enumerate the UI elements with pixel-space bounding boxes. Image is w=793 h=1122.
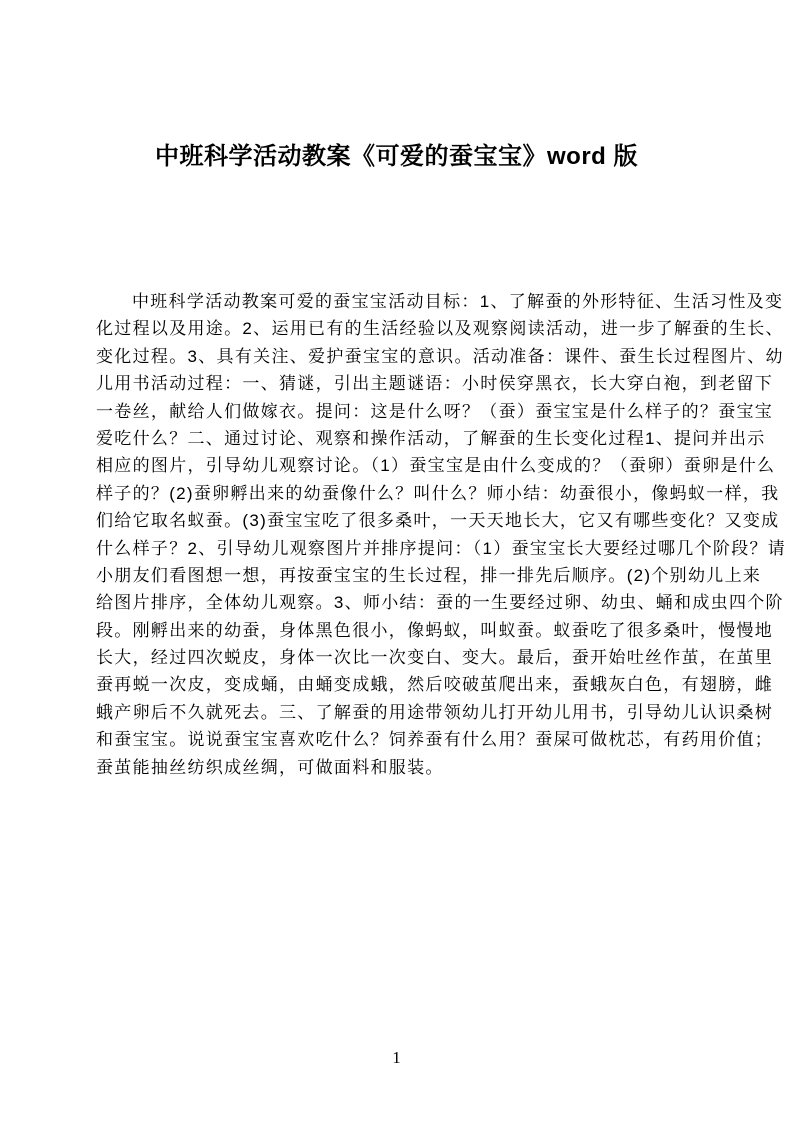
paragraph-line: 化过程以及用途。2、运用已有的生活经验以及观察阅读活动，进一步了解蚕的生长、 [96, 315, 793, 342]
paragraph-line: 小朋友们看图想一想，再按蚕宝宝的生长过程，排一排先后顺序。(2)个别幼儿上来 [96, 562, 793, 589]
paragraph-line: 和蚕宝宝。说说蚕宝宝喜欢吃什么？饲养蚕有什么用？蚕屎可做枕芯，有药用价值； [96, 726, 793, 753]
page-number: 1 [0, 1048, 793, 1068]
paragraph-line: 蚕茧能抽丝纺织成丝绸，可做面料和服装。 [96, 754, 793, 781]
paragraph-line: 长大，经过四次蜕皮，身体一次比一次变白、变大。最后，蚕开始吐丝作茧，在茧里 [96, 644, 793, 671]
paragraph-line: 蚕再蜕一次皮，变成蛹，由蛹变成蛾，然后咬破茧爬出来，蚕蛾灰白色，有翅膀，雌 [96, 671, 793, 698]
paragraph-line: 们给它取名蚁蚕。(3)蚕宝宝吃了很多桑叶，一天天地长大，它又有哪些变化？又变成 [96, 507, 793, 534]
paragraph-line: 相应的图片，引导幼儿观察讨论。（1）蚕宝宝是由什么变成的？（蚕卵）蚕卵是什么 [96, 452, 793, 479]
paragraph-line: 给图片排序，全体幼儿观察。3、师小结：蚕的一生要经过卵、幼虫、蛹和成虫四个阶 [96, 589, 793, 616]
paragraph-line: 样子的？(2)蚕卵孵出来的幼蚕像什么？叫什么？师小结：幼蚕很小，像蚂蚁一样，我 [96, 480, 793, 507]
paragraph-line: 中班科学活动教案可爱的蚕宝宝活动目标：1、了解蚕的外形特征、生活习性及变 [96, 288, 793, 315]
paragraph-line: 一卷丝，献给人们做嫁衣。提问：这是什么呀？（蚕）蚕宝宝是什么样子的？蚕宝宝 [96, 398, 793, 425]
paragraph-line: 段。刚孵出来的幼蚕，身体黑色很小，像蚂蚁，叫蚁蚕。蚁蚕吃了很多桑叶，慢慢地 [96, 617, 793, 644]
document-page: 中班科学活动教案《可爱的蚕宝宝》word 版 中班科学活动教案可爱的蚕宝宝活动目… [0, 0, 793, 1122]
paragraph-line: 变化过程。3、具有关注、爱护蚕宝宝的意识。活动准备：课件、蚕生长过程图片、幼 [96, 343, 793, 370]
paragraph-line: 儿用书活动过程：一、猜谜，引出主题谜语：小时侯穿黑衣，长大穿白袍，到老留下 [96, 370, 793, 397]
paragraph-line: 蛾产卵后不久就死去。三、了解蚕的用途带领幼儿打开幼儿用书，引导幼儿认识桑树 [96, 699, 793, 726]
paragraph-line: 爱吃什么？二、通过讨论、观察和操作活动，了解蚕的生长变化过程1、提问并出示 [96, 425, 793, 452]
document-body-paragraph: 中班科学活动教案可爱的蚕宝宝活动目标：1、了解蚕的外形特征、生活习性及变 化过程… [96, 288, 793, 781]
paragraph-line: 什么样子？2、引导幼儿观察图片并排序提问：（1）蚕宝宝长大要经过哪几个阶段？请 [96, 535, 793, 562]
document-title: 中班科学活动教案《可爱的蚕宝宝》word 版 [0, 136, 793, 171]
